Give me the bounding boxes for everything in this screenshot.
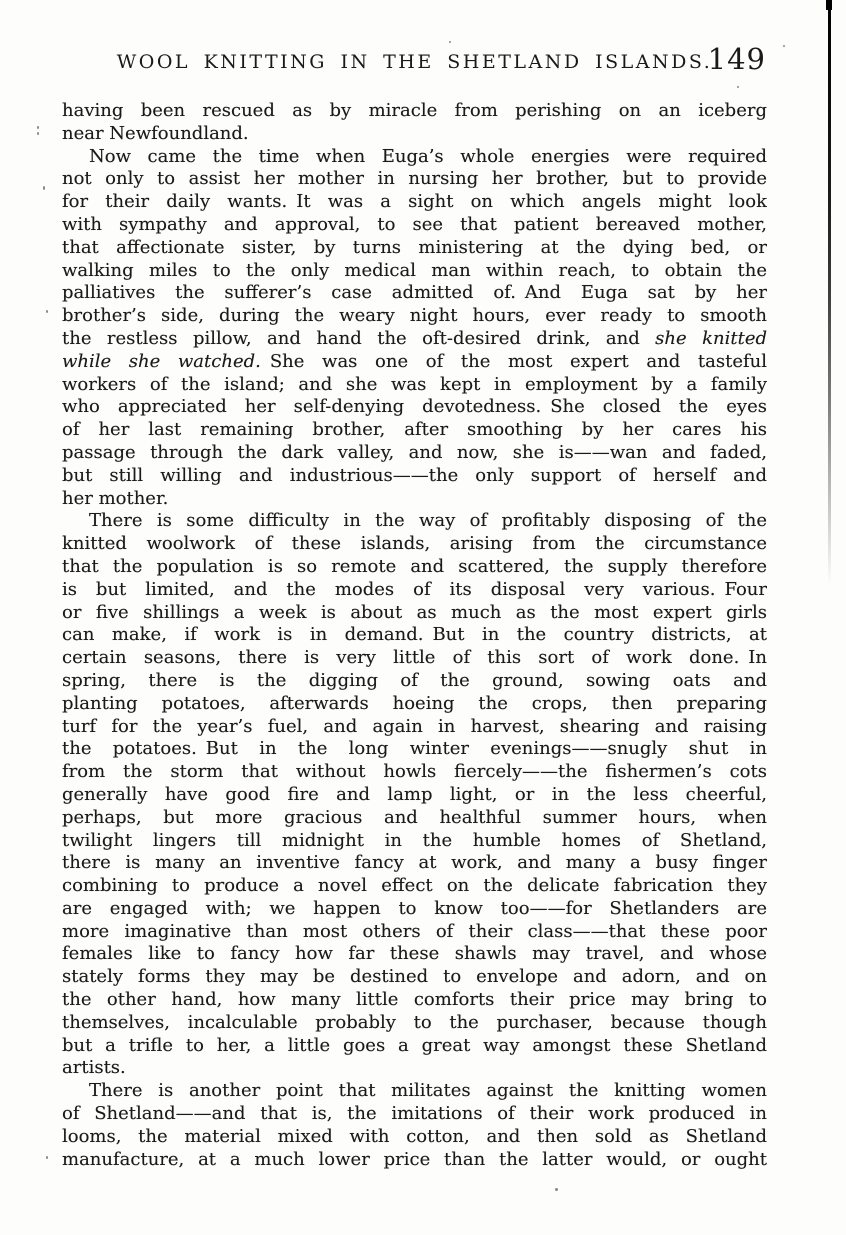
scan-speck bbox=[46, 1156, 48, 1159]
text-line: There is another point that militates ag… bbox=[62, 1080, 767, 1103]
paragraph: There is another point that militates ag… bbox=[62, 1080, 767, 1171]
text-line: certain seasons, there is very little of… bbox=[62, 647, 767, 670]
paragraph: having been rescued as by miracle from p… bbox=[62, 100, 767, 146]
text-line: more imaginative than most others of the… bbox=[62, 921, 767, 944]
page-number: 149 bbox=[708, 42, 766, 76]
text-line: can make, if work is in demand. But in t… bbox=[62, 624, 767, 647]
text-line: perhaps, but more gracious and healthful… bbox=[62, 807, 767, 830]
text-line: is but limited, and the modes of its dis… bbox=[62, 579, 767, 602]
text-line: that affectionate sister, by turns minis… bbox=[62, 237, 767, 260]
scan-speck bbox=[43, 186, 45, 190]
text-line: spring, there is the digging of the grou… bbox=[62, 670, 767, 693]
text-line: who appreciated her self-denying devoted… bbox=[62, 396, 767, 419]
text-line: but still willing and industrious——the o… bbox=[62, 465, 767, 488]
text-line: combining to produce a novel effect on t… bbox=[62, 875, 767, 898]
text-line: but a trifle to her, a little goes a gre… bbox=[62, 1035, 767, 1058]
text-line: passage through the dark valley, and now… bbox=[62, 442, 767, 465]
paragraph: There is some difficulty in the way of p… bbox=[62, 510, 767, 1080]
text-line: generally have good fire and lamp light,… bbox=[62, 784, 767, 807]
text-line: for their daily wants. It was a sight on… bbox=[62, 191, 767, 214]
text-line: her mother. bbox=[62, 488, 767, 511]
text-line: females like to fancy how far these shaw… bbox=[62, 943, 767, 966]
page-text: having been rescued as by miracle from p… bbox=[62, 100, 767, 1171]
text-line: the other hand, how many little comforts… bbox=[62, 989, 767, 1012]
scan-speck bbox=[37, 132, 39, 135]
text-line: themselves, incalculable probably to the… bbox=[62, 1012, 767, 1035]
text-line: the potatoes. But in the long winter eve… bbox=[62, 738, 767, 761]
running-header-title: WOOL KNITTING IN THE SHETLAND ISLANDS. bbox=[62, 51, 767, 73]
text-line: from the storm that without howls fierce… bbox=[62, 761, 767, 784]
text-line: manufacture, at a much lower price than … bbox=[62, 1149, 767, 1172]
scan-artifact-right-edge bbox=[828, 0, 831, 585]
text-line: there is many an inventive fancy at work… bbox=[62, 852, 767, 875]
text-line: with sympathy and approval, to see that … bbox=[62, 214, 767, 237]
scan-speck bbox=[46, 310, 48, 313]
text-line: There is some difficulty in the way of p… bbox=[62, 510, 767, 533]
text-line: turf for the year’s fuel, and again in h… bbox=[62, 716, 767, 739]
scanned-book-page: WOOL KNITTING IN THE SHETLAND ISLANDS. 1… bbox=[0, 0, 846, 1235]
text-line: palliatives the sufferer’s case admitted… bbox=[62, 282, 767, 305]
text-line: having been rescued as by miracle from p… bbox=[62, 100, 767, 123]
text-line: planting potatoes, afterwards hoeing the… bbox=[62, 693, 767, 716]
text-line: are engaged with; we happen to know too—… bbox=[62, 898, 767, 921]
text-line: or five shillings a week is about as muc… bbox=[62, 602, 767, 625]
scan-speck bbox=[555, 1188, 558, 1191]
text-line: workers of the island; and she was kept … bbox=[62, 374, 767, 397]
text-line: walking miles to the only medical man wi… bbox=[62, 260, 767, 283]
scan-speck bbox=[737, 86, 739, 88]
text-line: looms, the material mixed with cotton, a… bbox=[62, 1126, 767, 1149]
text-line: artists. bbox=[62, 1057, 767, 1080]
text-line: of her last remaining brother, after smo… bbox=[62, 419, 767, 442]
scan-speck bbox=[449, 41, 451, 43]
text-line: brother’s side, during the weary night h… bbox=[62, 305, 767, 328]
scan-speck bbox=[783, 45, 785, 47]
text-line: not only to assist her mother in nursing… bbox=[62, 168, 767, 191]
scan-speck bbox=[37, 126, 39, 129]
text-line: twilight lingers till midnight in the hu… bbox=[62, 830, 767, 853]
text-line: knitted woolwork of these islands, arisi… bbox=[62, 533, 767, 556]
text-line: while she watched. She was one of the mo… bbox=[62, 351, 767, 374]
text-line: Now came the time when Euga’s whole ener… bbox=[62, 146, 767, 169]
paragraph: Now came the time when Euga’s whole ener… bbox=[62, 146, 767, 511]
text-line: that the population is so remote and sca… bbox=[62, 556, 767, 579]
text-line: the restless pillow, and hand the oft-de… bbox=[62, 328, 767, 351]
text-line: stately forms they may be destined to en… bbox=[62, 966, 767, 989]
text-line: near Newfoundland. bbox=[62, 123, 767, 146]
text-line: of Shetland——and that is, the imitations… bbox=[62, 1103, 767, 1126]
